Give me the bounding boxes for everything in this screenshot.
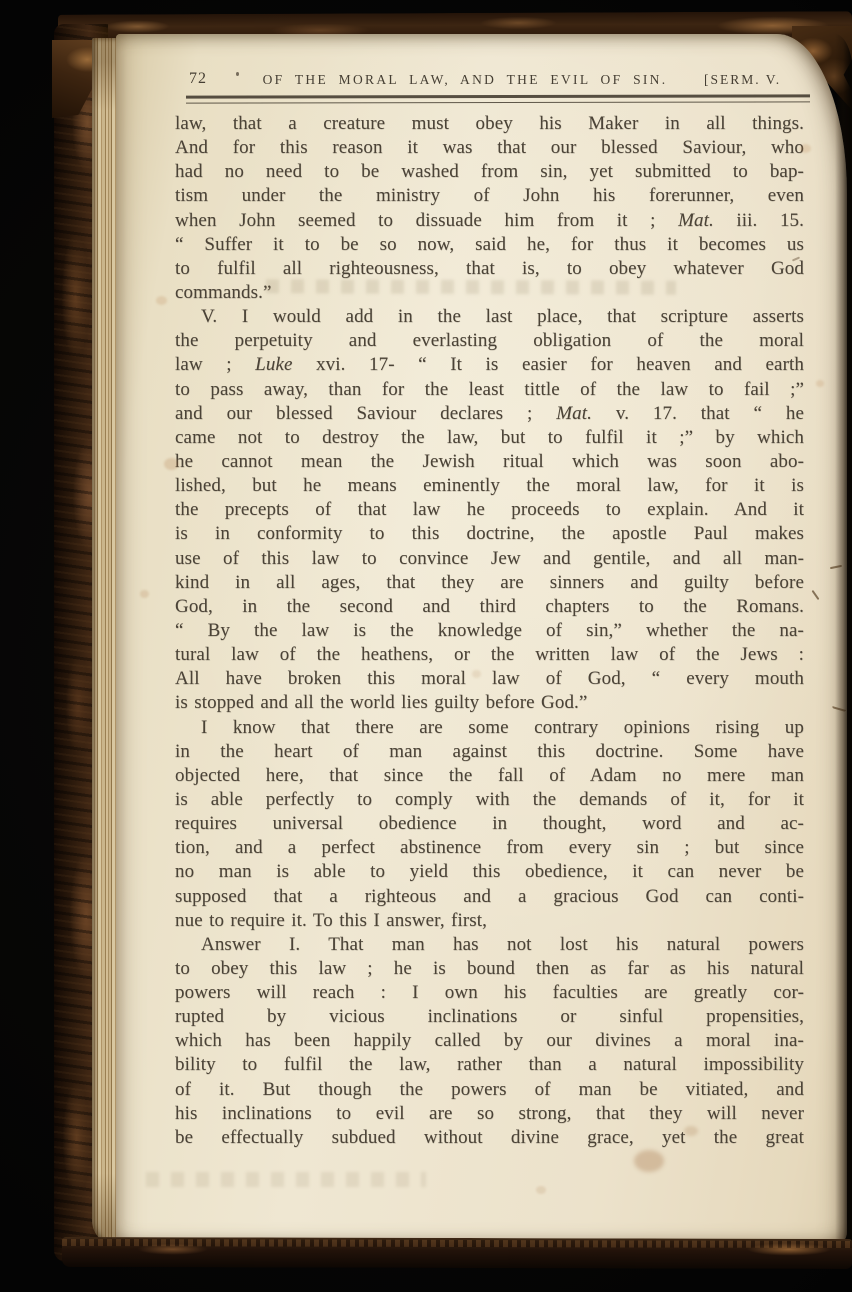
text-line: is able perfectly to comply with the dem… <box>175 788 804 812</box>
book-page: 72 OF THE MORAL LAW, AND THE EVIL OF SIN… <box>116 34 847 1246</box>
text-line: and our blessed Saviour declares ; Mat. … <box>175 402 804 426</box>
text-line: use of this law to convince Jew and gent… <box>175 547 804 571</box>
text-line: came not to destroy the law, but to fulf… <box>175 426 804 450</box>
text-line: law ; Luke xvi. 17- “ It is easier for h… <box>175 353 804 377</box>
text-line: Answer I. That man has not lost his natu… <box>175 933 804 957</box>
text-line: when John seemed to dissuade him from it… <box>175 209 804 233</box>
text-line: of it. But though the powers of man be v… <box>175 1078 804 1102</box>
text-line: tural law of the heathens, or the writte… <box>175 643 804 667</box>
text-line: the precepts of that law he proceeds to … <box>175 498 804 522</box>
text-line: tion, and a perfect abstinence from ever… <box>175 836 804 860</box>
text-line: supposed that a righteous and a gracious… <box>175 885 804 909</box>
text-line: is stopped and all the world lies guilty… <box>175 691 804 715</box>
paragraph: I know that there are some contrary opin… <box>175 716 804 933</box>
text-line: is in conformity to this doctrine, the a… <box>175 522 804 546</box>
signature-mark: [SERM. V. <box>704 72 781 88</box>
text-line: which has been happily called by our div… <box>175 1029 804 1053</box>
text-line: kind in all ages, that they are sinners … <box>175 571 804 595</box>
pencil-mark <box>812 590 820 600</box>
text-line: had no need to be washed from sin, yet s… <box>175 160 804 184</box>
text-line: law, that a creature must obey his Maker… <box>175 112 804 136</box>
text-line: “ Suffer it to be so now, said he, for t… <box>175 233 804 257</box>
pencil-mark <box>832 706 846 712</box>
text-line: All have broken this moral law of God, “… <box>175 667 804 691</box>
foxing-spot <box>536 1186 546 1194</box>
page-body: law, that a creature must obey his Maker… <box>175 112 804 1150</box>
text-line: powers will reach : I own his faculties … <box>175 981 804 1005</box>
text-line: he cannot mean the Jewish ritual which w… <box>175 450 804 474</box>
text-line: be effectually subdued without divine gr… <box>175 1126 804 1150</box>
paragraph: Answer I. That man has not lost his natu… <box>175 933 804 1150</box>
text-line: commands.” <box>175 281 804 305</box>
text-line: to obey this law ; he is bound then as f… <box>175 957 804 981</box>
paragraph: V. I would add in the last place, that s… <box>175 305 804 715</box>
text-line: to fulfil all righteousness, that is, to… <box>175 257 804 281</box>
text-line: no man is able to yield this obedience, … <box>175 860 804 884</box>
running-title: OF THE MORAL LAW, AND THE EVIL OF SIN. <box>228 72 702 88</box>
ink-stain <box>634 1150 664 1172</box>
foxing-spot <box>156 296 167 305</box>
photo-backdrop: 72 OF THE MORAL LAW, AND THE EVIL OF SIN… <box>0 0 852 1292</box>
text-line: to pass away, than for the least tittle … <box>175 378 804 402</box>
text-line: “ By the law is the knowledge of sin,” w… <box>175 619 804 643</box>
book-cover-bottom-edge <box>62 1237 852 1269</box>
paragraph: law, that a creature must obey his Maker… <box>175 112 804 305</box>
text-line: lished, but he means eminently the moral… <box>175 474 804 498</box>
running-head: 72 OF THE MORAL LAW, AND THE EVIL OF SIN… <box>116 70 847 90</box>
text-line: bility to fulfil the law, rather than a … <box>175 1053 804 1077</box>
text-line: his inclinations to evil are so strong, … <box>175 1102 804 1126</box>
show-through-text <box>146 1172 426 1187</box>
pencil-mark <box>830 565 842 569</box>
text-line: nue to require it. To this I answer, fir… <box>175 909 804 933</box>
text-line: rupted by vicious inclinations or sinful… <box>175 1005 804 1029</box>
foxing-spot <box>140 590 149 598</box>
header-double-rule <box>186 94 810 103</box>
text-line: objected here, that since the fall of Ad… <box>175 764 804 788</box>
text-line: requires universal obedience in thought,… <box>175 812 804 836</box>
text-line: V. I would add in the last place, that s… <box>175 305 804 329</box>
page-edge-shadow <box>835 34 852 1246</box>
foxing-spot <box>816 380 824 387</box>
text-line: the perpetuity and everlasting obligatio… <box>175 329 804 353</box>
page-number: 72 <box>189 70 207 88</box>
text-line: I know that there are some contrary opin… <box>175 716 804 740</box>
text-line: And for this reason it was that our bles… <box>175 136 804 160</box>
text-line: tism under the ministry of John his fore… <box>175 184 804 208</box>
text-line: God, in the second and third chapters to… <box>175 595 804 619</box>
text-line: in the heart of man against this doctrin… <box>175 740 804 764</box>
